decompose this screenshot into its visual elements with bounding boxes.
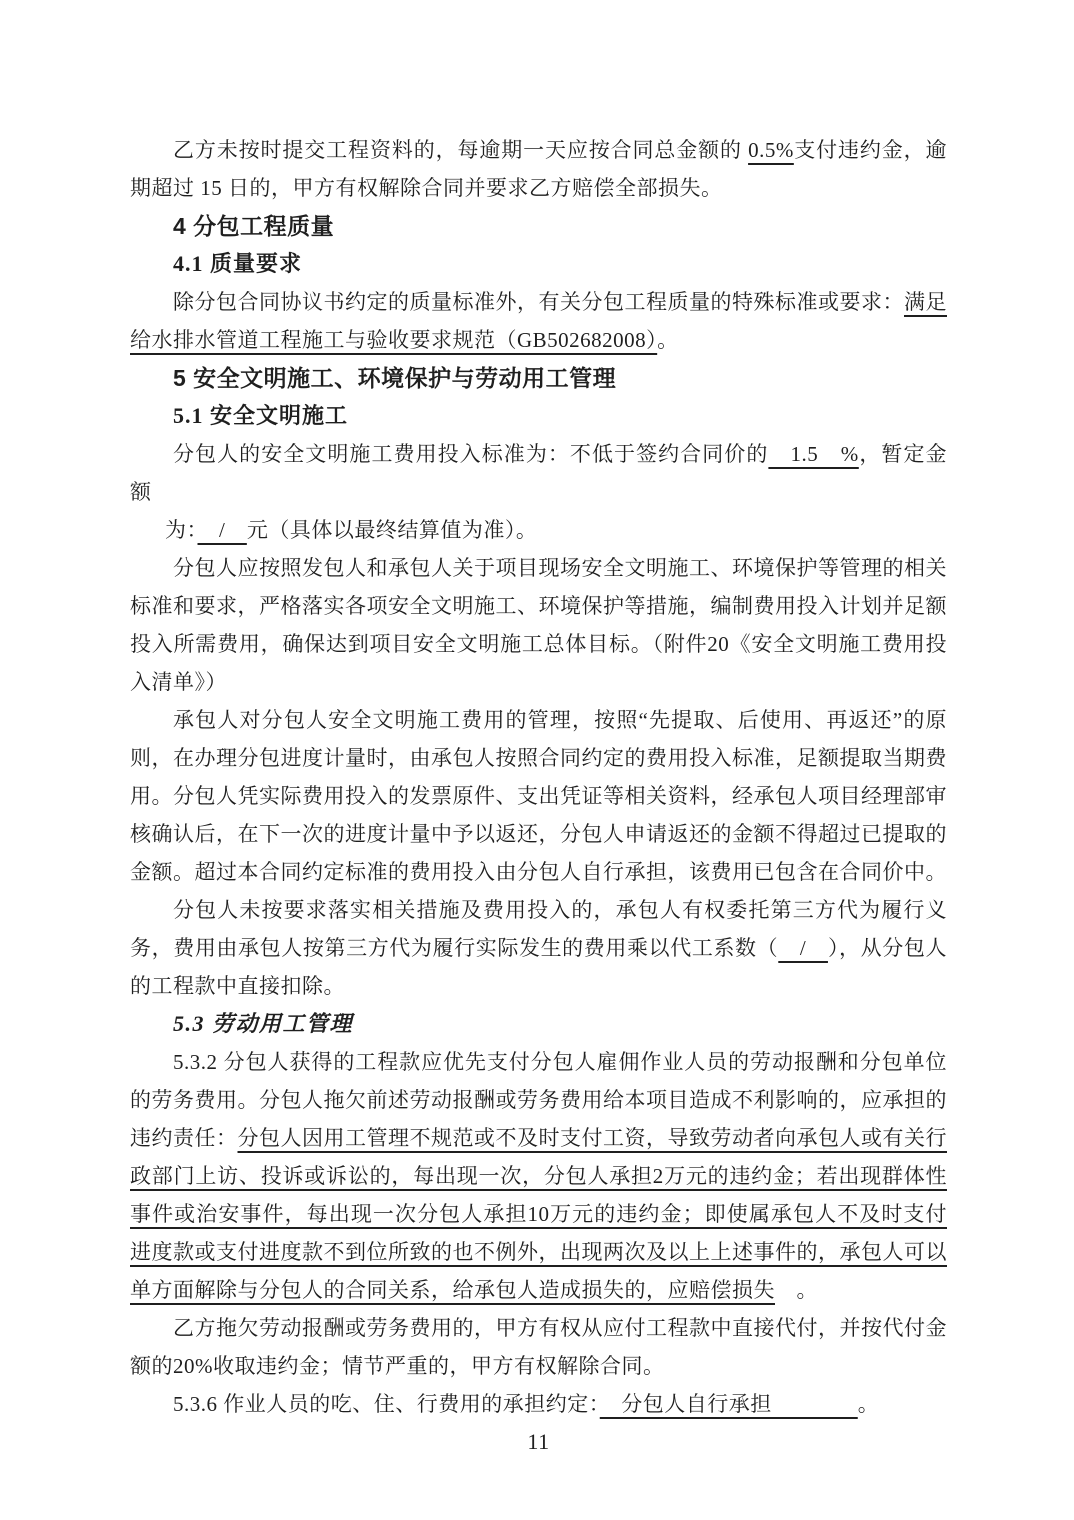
- paragraph-third-party-performance: 分包人未按要求落实相关措施及费用投入的，承包人有权委托第三方代为履行义务，费用由…: [130, 891, 947, 1005]
- paragraph-labor-payment-liability: 5.3.2 分包人获得的工程款应优先支付分包人雇佣作业人员的劳动报酬和分包单位的…: [130, 1043, 947, 1309]
- document-page: 乙方未按时提交工程资料的，每逾期一天应按合同总金额的 0.5%支付违约金，逾期超…: [0, 0, 1074, 1520]
- text-run: 元（具体以最终结算值为准）。: [247, 518, 538, 542]
- heading-4-subcontract-quality: 4 分包工程质量: [130, 207, 947, 245]
- text-run: 分包人的安全文明施工费用投入标准为：不低于签约合同价的: [173, 442, 768, 466]
- text-run: 5.3.6 作业人员的吃、住、行费用的承担约定：: [173, 1392, 600, 1416]
- paragraph-safety-fee-standard: 分包人的安全文明施工费用投入标准为：不低于签约合同价的 1.5 %，暂定金额: [130, 435, 947, 511]
- text-run: 。: [657, 328, 679, 352]
- filled-blank-labor-coefficient: /: [778, 936, 828, 960]
- paragraph-safety-implementation: 分包人应按照发包人和承包人关于项目现场安全文明施工、环境保护等管理的相关标准和要…: [130, 549, 947, 701]
- heading-5-safety-civilized-construction: 5 安全文明施工、环境保护与劳动用工管理: [130, 359, 947, 397]
- text-run: 乙方未按时提交工程资料的，每逾期一天应按合同总金额的: [173, 138, 748, 162]
- filled-blank-liability-terms: 分包人因用工管理不规范或不及时支付工资，导致劳动者向承包人或有关行政部门上访、投…: [130, 1126, 947, 1302]
- paragraph-quality-standard: 除分包合同协议书约定的质量标准外，有关分包工程质量的特殊标准或要求：满足给水排水…: [130, 283, 947, 359]
- paragraph-party-a-withhold: 乙方拖欠劳动报酬或劳务费用的，甲方有权从应付工程款中直接代付，并按代付金额的20…: [130, 1309, 947, 1385]
- text-run: 为：: [165, 518, 198, 542]
- text-run: 除分包合同协议书约定的质量标准外，有关分包工程质量的特殊标准或要求：: [173, 290, 904, 314]
- paragraph-overdue-penalty: 乙方未按时提交工程资料的，每逾期一天应按合同总金额的 0.5%支付违约金，逾期超…: [130, 131, 947, 207]
- paragraph-5-3-6-worker-costs: 5.3.6 作业人员的吃、住、行费用的承担约定： 分包人自行承担 。: [130, 1385, 947, 1423]
- text-run: 。: [858, 1392, 880, 1416]
- filled-blank-amount: /: [198, 518, 247, 542]
- filled-blank-cost-bearer: 分包人自行承担: [600, 1392, 858, 1416]
- paragraph-fee-management: 承包人对分包人安全文明施工费用的管理，按照“先提取、后使用、再返还”的原则，在办…: [130, 701, 947, 891]
- filled-blank-fee-percentage: 1.5 %: [768, 442, 858, 466]
- heading-5-3-labor-management: 5.3 劳动用工管理: [130, 1005, 947, 1043]
- heading-5-1-safe-construction: 5.1 安全文明施工: [130, 397, 947, 435]
- heading-4-1-quality-requirements: 4.1 质量要求: [130, 245, 947, 283]
- text-run: 。: [775, 1278, 818, 1302]
- paragraph-tentative-amount: 为： / 元（具体以最终结算值为准）。: [130, 511, 947, 549]
- page-number: 11: [130, 1423, 947, 1461]
- filled-blank-penalty-rate: 0.5%: [748, 138, 794, 162]
